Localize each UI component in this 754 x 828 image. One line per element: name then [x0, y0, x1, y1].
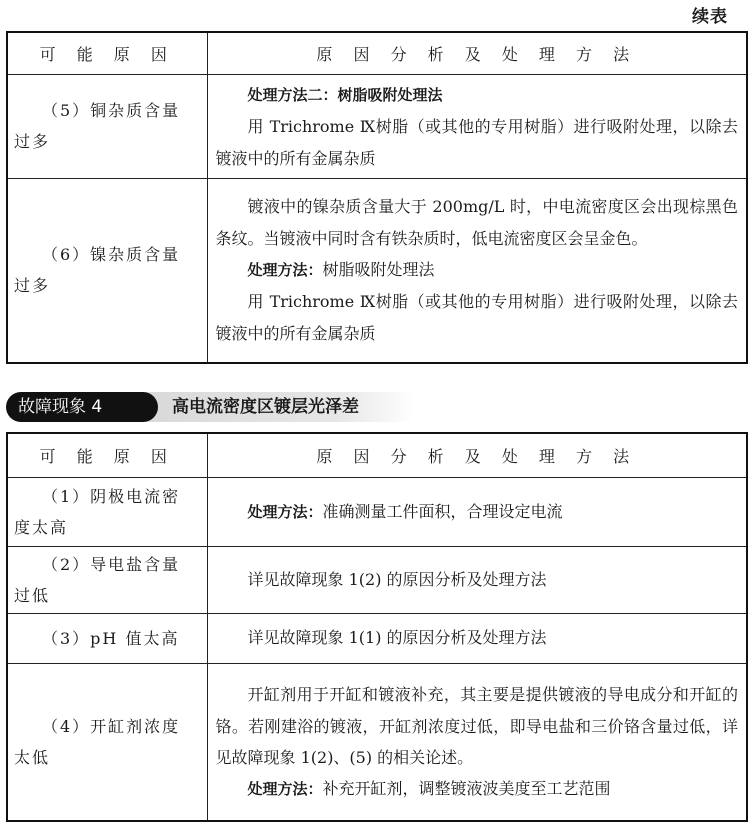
- method-heading: 处理方法二：树脂吸附处理法: [248, 86, 443, 104]
- cause-cell: （5）铜杂质含量 过多: [7, 74, 207, 178]
- header-possible-cause: 可 能 原 因: [7, 32, 207, 74]
- cause-line1: （5）铜杂质含量: [14, 95, 201, 126]
- method-heading: 处理方法：: [248, 503, 323, 521]
- analysis-text: 镀液中的镍杂质含量大于 200mg/L 时，中电流密度区会出现棕黑色条纹。当镀液…: [216, 197, 739, 248]
- cause-line2: 度太高: [14, 512, 201, 543]
- header-possible-cause: 可 能 原 因: [7, 433, 207, 477]
- section-title: 高电流密度区镀层光泽差: [146, 392, 416, 422]
- cause-line1: （6）镍杂质含量: [14, 239, 201, 270]
- header-analysis-method: 原 因 分 析 及 处 理 方 法: [207, 32, 747, 74]
- cause-cell: （3）pH 值太高: [7, 613, 207, 663]
- analysis-cell: 处理方法：准确测量工件面积，合理设定电流: [207, 477, 747, 546]
- table-row: （5）铜杂质含量 过多 处理方法二：树脂吸附处理法 用 Trichrome Ⅸ树…: [7, 74, 747, 178]
- table-row: （3）pH 值太高 详见故障现象 1(1) 的原因分析及处理方法: [7, 613, 747, 663]
- continued-table-label: 续表: [692, 2, 728, 27]
- cause-cell: （2）导电盐含量 过低: [7, 546, 207, 613]
- troubleshooting-table-4: 可 能 原 因 原 因 分 析 及 处 理 方 法 （1）阴极电流密 度太高 处…: [6, 432, 748, 822]
- analysis-text: 开缸剂用于开缸和镀液补充，其主要是提供镀液的导电成分和开缸的铬。若刚建浴的镀液，…: [216, 685, 739, 767]
- cause-line1: （2）导电盐含量: [14, 549, 201, 580]
- table-header-row: 可 能 原 因 原 因 分 析 及 处 理 方 法: [7, 32, 747, 74]
- section-banner: 高电流密度区镀层光泽差 故障现象 4: [6, 392, 426, 422]
- analysis-text: 详见故障现象 1(2) 的原因分析及处理方法: [248, 570, 547, 589]
- analysis-cell: 处理方法二：树脂吸附处理法 用 Trichrome Ⅸ树脂（或其他的专用树脂）进…: [207, 74, 747, 178]
- analysis-text: 用 Trichrome Ⅸ树脂（或其他的专用树脂）进行吸附处理，以除去镀液中的所…: [216, 117, 739, 168]
- cause-cell: （4）开缸剂浓度 太低: [7, 663, 207, 821]
- analysis-text: 详见故障现象 1(1) 的原因分析及处理方法: [248, 628, 547, 647]
- troubleshooting-table-continued: 可 能 原 因 原 因 分 析 及 处 理 方 法 （5）铜杂质含量 过多 处理…: [6, 31, 748, 364]
- analysis-text: 树脂吸附处理法: [323, 260, 435, 279]
- cause-line2: 太低: [14, 742, 201, 773]
- table-row: （2）导电盐含量 过低 详见故障现象 1(2) 的原因分析及处理方法: [7, 546, 747, 613]
- analysis-cell: 开缸剂用于开缸和镀液补充，其主要是提供镀液的导电成分和开缸的铬。若刚建浴的镀液，…: [207, 663, 747, 821]
- header-analysis-method: 原 因 分 析 及 处 理 方 法: [207, 433, 747, 477]
- cause-line2: 过多: [14, 270, 201, 301]
- cause-cell: （6）镍杂质含量 过多: [7, 178, 207, 363]
- analysis-cell: 详见故障现象 1(1) 的原因分析及处理方法: [207, 613, 747, 663]
- analysis-text: 准确测量工件面积，合理设定电流: [323, 502, 563, 521]
- analysis-cell: 镀液中的镍杂质含量大于 200mg/L 时，中电流密度区会出现棕黑色条纹。当镀液…: [207, 178, 747, 363]
- cause-line1: （3）pH 值太高: [14, 623, 201, 654]
- section-label-pill: 故障现象 4: [6, 392, 158, 422]
- table-row: （6）镍杂质含量 过多 镀液中的镍杂质含量大于 200mg/L 时，中电流密度区…: [7, 178, 747, 363]
- cause-line2: 过多: [14, 126, 201, 157]
- table-row: （1）阴极电流密 度太高 处理方法：准确测量工件面积，合理设定电流: [7, 477, 747, 546]
- cause-line1: （4）开缸剂浓度: [14, 711, 201, 742]
- analysis-text: 补充开缸剂，调整镀液波美度至工艺范围: [323, 779, 611, 798]
- analysis-cell: 详见故障现象 1(2) 的原因分析及处理方法: [207, 546, 747, 613]
- cause-line2: 过低: [14, 580, 201, 611]
- analysis-text: 用 Trichrome Ⅸ树脂（或其他的专用树脂）进行吸附处理，以除去镀液中的所…: [216, 292, 739, 343]
- cause-cell: （1）阴极电流密 度太高: [7, 477, 207, 546]
- cause-line1: （1）阴极电流密: [14, 481, 201, 512]
- method-heading: 处理方法：: [248, 261, 323, 279]
- table-row: （4）开缸剂浓度 太低 开缸剂用于开缸和镀液补充，其主要是提供镀液的导电成分和开…: [7, 663, 747, 821]
- method-heading: 处理方法：: [248, 780, 323, 798]
- table-header-row: 可 能 原 因 原 因 分 析 及 处 理 方 法: [7, 433, 747, 477]
